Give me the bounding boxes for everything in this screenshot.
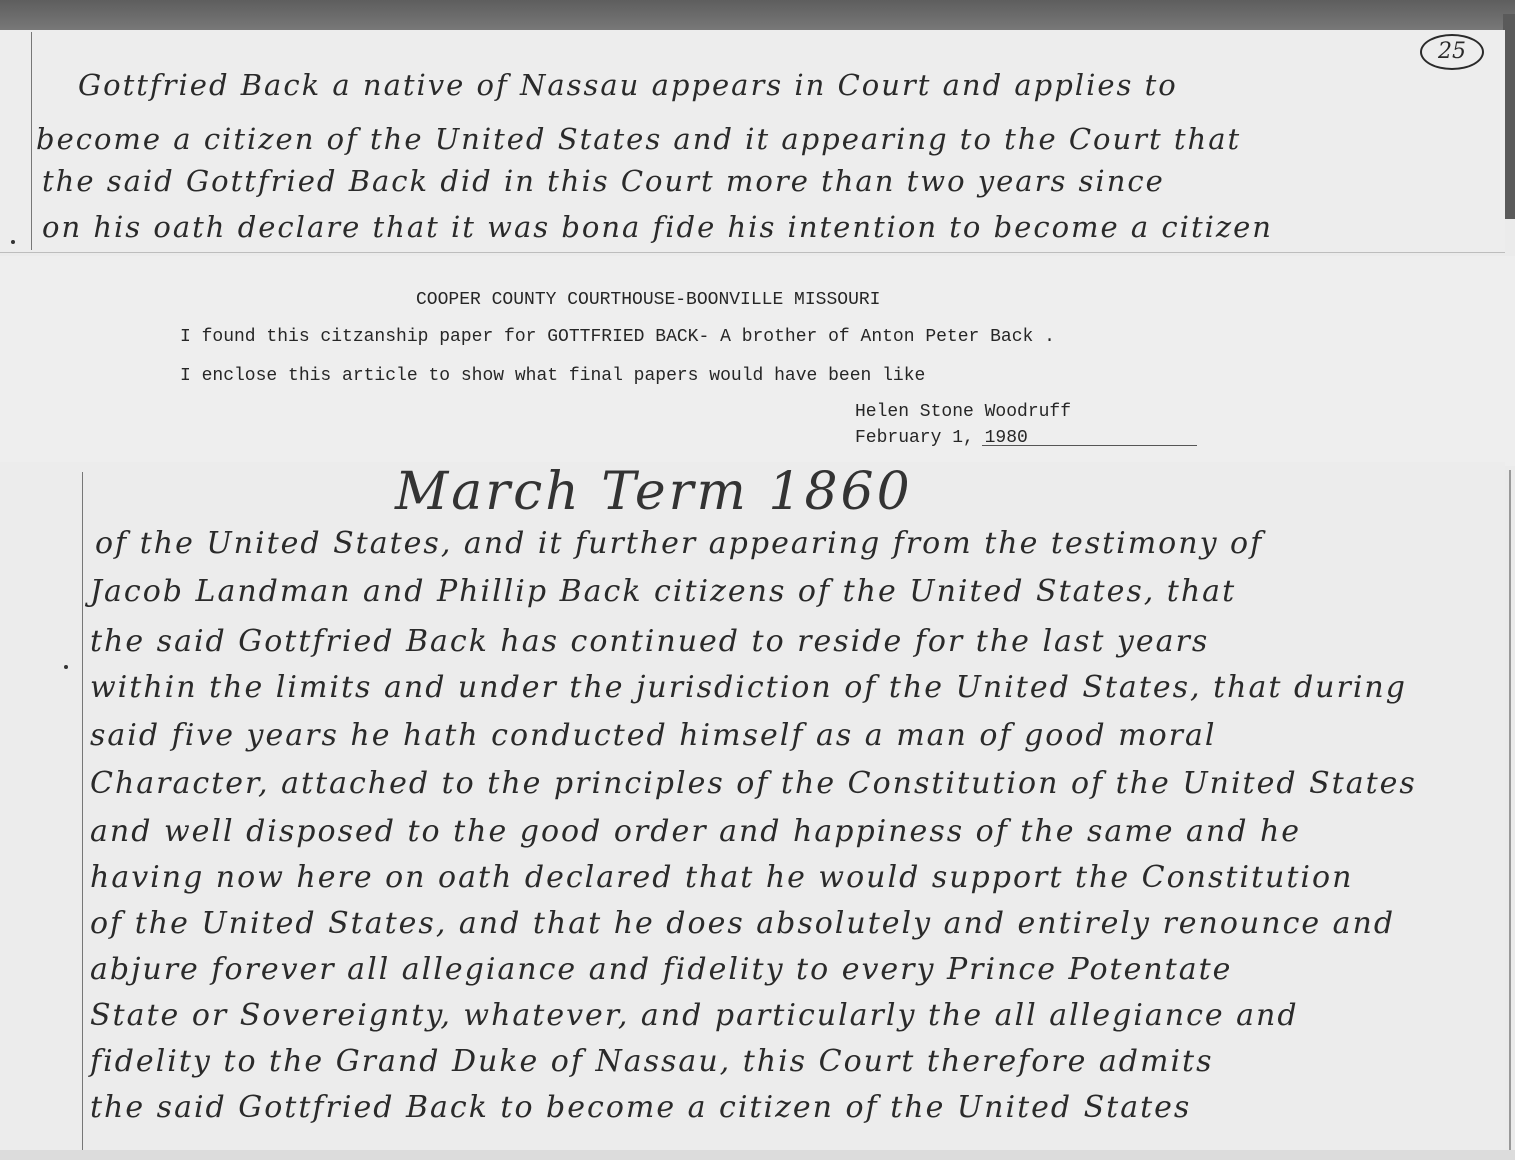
handwritten-line: of the United States, and that he does a… — [90, 906, 1395, 941]
handwritten-line: Gottfried Back a native of Nassau appear… — [78, 68, 1178, 102]
scan-right-edge — [1509, 470, 1511, 1150]
handwritten-line: fidelity to the Grand Duke of Nassau, th… — [90, 1044, 1214, 1079]
note-line-2: I enclose this article to show what fina… — [180, 366, 925, 386]
scan-bottom-edge — [0, 1150, 1515, 1160]
term-heading: March Term 1860 — [395, 462, 913, 522]
scan-speck — [11, 240, 15, 244]
margin-rule — [31, 32, 32, 250]
margin-rule — [82, 472, 83, 1152]
handwritten-line: abjure forever all allegiance and fideli… — [90, 952, 1232, 987]
main-handwritten-clipping: March Term 1860 of the United States, an… — [0, 462, 1505, 1154]
typed-note: COOPER COUNTY COURTHOUSE-BOONVILLE MISSO… — [0, 256, 1515, 466]
handwritten-line: State or Sovereignty, whatever, and part… — [90, 998, 1299, 1033]
page-number-circle: 25 — [1420, 34, 1484, 70]
handwritten-line: the said Gottfried Back has continued to… — [90, 624, 1209, 659]
handwritten-line: Character, attached to the principles of… — [90, 766, 1417, 801]
courthouse-heading: COOPER COUNTY COURTHOUSE-BOONVILLE MISSO… — [416, 290, 880, 310]
scan-top-border — [0, 0, 1515, 32]
handwritten-line: of the United States, and it further app… — [95, 526, 1263, 561]
note-line-1: I found this citzanship paper for GOTTFR… — [180, 327, 1055, 347]
handwritten-line: Jacob Landman and Phillip Back citizens … — [90, 574, 1236, 609]
handwritten-line: and well disposed to the good order and … — [90, 814, 1301, 849]
handwritten-line: within the limits and under the jurisdic… — [90, 670, 1407, 705]
handwritten-line: become a citizen of the United States an… — [36, 122, 1241, 156]
top-handwritten-clipping: 25 Gottfried Back a native of Nassau app… — [0, 30, 1505, 253]
signature-underline — [982, 445, 1197, 446]
scan-speck — [64, 665, 68, 669]
handwritten-line: having now here on oath declared that he… — [90, 860, 1353, 895]
handwritten-line: said five years he hath conducted himsel… — [90, 718, 1216, 753]
handwritten-line: on his oath declare that it was bona fid… — [42, 210, 1273, 244]
handwritten-line: the said Gottfried Back did in this Cour… — [42, 164, 1165, 198]
signature-name: Helen Stone Woodruff — [855, 402, 1071, 422]
handwritten-line: the said Gottfried Back to become a citi… — [90, 1090, 1191, 1125]
